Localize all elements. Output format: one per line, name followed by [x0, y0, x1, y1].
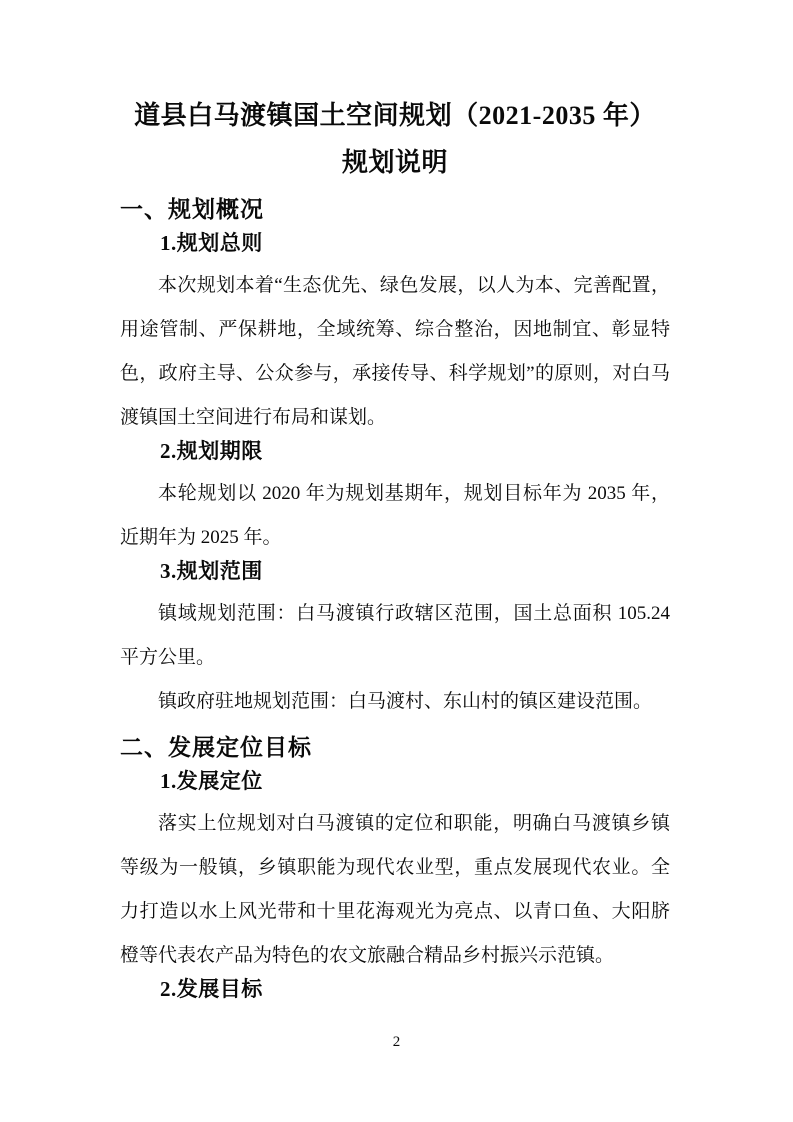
page-number: 2: [0, 1034, 793, 1051]
paragraph-development-positioning: 落实上位规划对白马渡镇的定位和职能，明确白马渡镇乡镇等级为一般镇，乡镇职能为现代…: [120, 802, 670, 978]
document-body: 道县白马渡镇国土空间规划（2021-2035 年） 规划说明 一、规划概况 1.…: [0, 0, 793, 1010]
document-page: 道县白马渡镇国土空间规划（2021-2035 年） 规划说明 一、规划概况 1.…: [0, 0, 793, 1122]
section-heading-plan-period: 2.规划期限: [120, 430, 670, 472]
paragraph-town-seat-scope: 镇政府驻地规划范围：白马渡村、东山村的镇区建设范围。: [120, 680, 670, 724]
paragraph-plan-period: 本轮规划以 2020 年为规划基期年，规划目标年为 2035 年，近期年为 20…: [120, 472, 670, 560]
section-heading-plan-principles: 1.规划总则: [120, 222, 670, 264]
paragraph-plan-principles: 本次规划本着“生态优先、绿色发展，以人为本、完善配置，用途管制、严保耕地，全域统…: [120, 264, 670, 440]
section-heading-development-positioning: 1.发展定位: [120, 760, 670, 802]
paragraph-town-area-scope: 镇域规划范围：白马渡镇行政辖区范围，国土总面积 105.24 平方公里。: [120, 592, 670, 680]
section-heading-plan-scope: 3.规划范围: [120, 550, 670, 592]
document-title-line2: 规划说明: [120, 139, 670, 186]
document-title-line1: 道县白马渡镇国土空间规划（2021-2035 年）: [120, 92, 670, 139]
